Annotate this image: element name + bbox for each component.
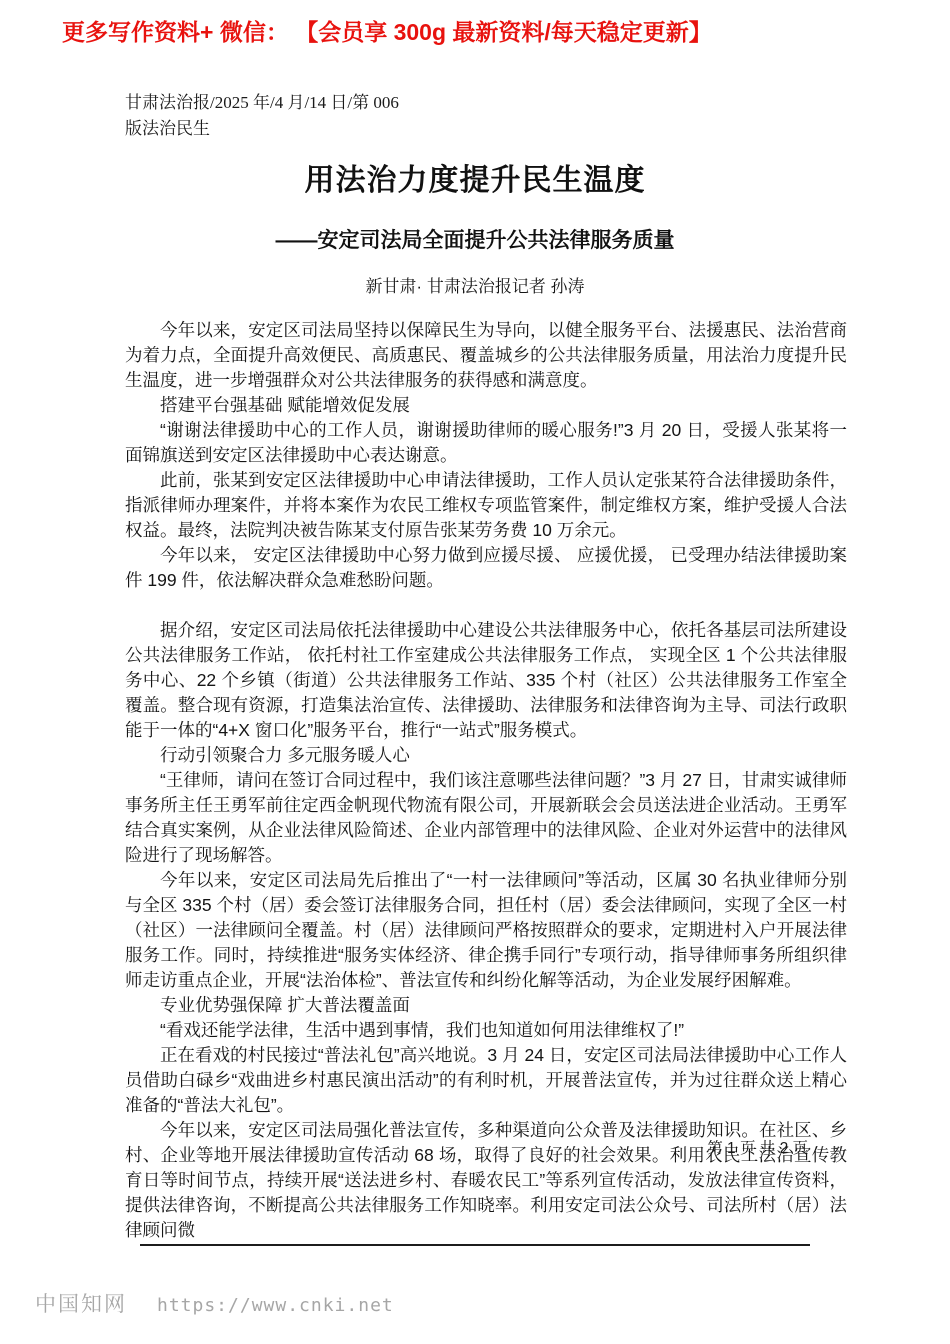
promo-banner-text: 更多写作资料+ 微信： 【会员享 300g 最新资料/每天稳定更新】 xyxy=(62,14,712,47)
paragraph: “看戏还能学法律，生活中遇到事情，我们也知道如何用法律维权了!” xyxy=(125,1018,847,1043)
page-indicator: 第 1 页 共 2 页 xyxy=(707,1136,808,1158)
article-byline: 新甘肃· 甘肃法治报记者 孙涛 xyxy=(0,272,950,297)
section-heading: 专业优势强保障 扩大普法覆盖面 xyxy=(125,993,847,1018)
section-heading: 搭建平台强基础 赋能增效促发展 xyxy=(125,393,847,418)
paragraph: 正在看戏的村民接过“普法礼包”高兴地说。3 月 24 日，安定区司法局法律援助中… xyxy=(125,1043,847,1118)
paragraph: 今年以来， 安定区法律援助中心努力做到应援尽援、 应援优援， 已受理办结法律援助… xyxy=(125,543,847,593)
section-heading: 行动引领聚合力 多元服务暖人心 xyxy=(125,743,847,768)
paragraph: 今年以来，安定区司法局先后推出了“一村一法律顾问”等活动，区属 30 名执业律师… xyxy=(125,868,847,993)
paragraph: 此前，张某到安定区法律援助中心申请法律援助，工作人员认定张某符合法律援助条件，指… xyxy=(125,468,847,543)
article-body: 今年以来，安定区司法局坚持以保障民生为导向，以健全服务平台、法援惠民、法治营商为… xyxy=(125,318,847,1243)
paragraph: 今年以来，安定区司法局坚持以保障民生为导向，以健全服务平台、法援惠民、法治营商为… xyxy=(125,318,847,393)
cnki-watermark: 中国知网 https://www.cnki.net xyxy=(35,1288,394,1318)
paragraph: 据介绍，安定区司法局依托法律援助中心建设公共法律服务中心，依托各基层司法所建设公… xyxy=(125,618,847,743)
cnki-logo-text: 中国知网 xyxy=(35,1288,127,1318)
masthead-source-line: 甘肃法治报/2025 年/4 月/14 日/第 006 xyxy=(125,90,399,116)
cnki-url: https://www.cnki.net xyxy=(157,1295,394,1316)
article-title: 用法治力度提升民生温度 xyxy=(0,155,950,199)
article-subtitle: ——安定司法局全面提升公共法律服务质量 xyxy=(0,224,950,254)
document-page: 更多写作资料+ 微信： 【会员享 300g 最新资料/每天稳定更新】 甘肃法治报… xyxy=(0,0,950,1344)
masthead: 甘肃法治报/2025 年/4 月/14 日/第 006 版法治民生 xyxy=(125,90,399,142)
footer-divider xyxy=(140,1244,810,1246)
paragraph: “谢谢法律援助中心的工作人员，谢谢援助律师的暖心服务!”3 月 20 日，受援人… xyxy=(125,418,847,468)
masthead-section-line: 版法治民生 xyxy=(125,116,399,142)
paragraph: “王律师，请问在签订合同过程中，我们该注意哪些法律问题？”3 月 27 日，甘肃… xyxy=(125,768,847,868)
